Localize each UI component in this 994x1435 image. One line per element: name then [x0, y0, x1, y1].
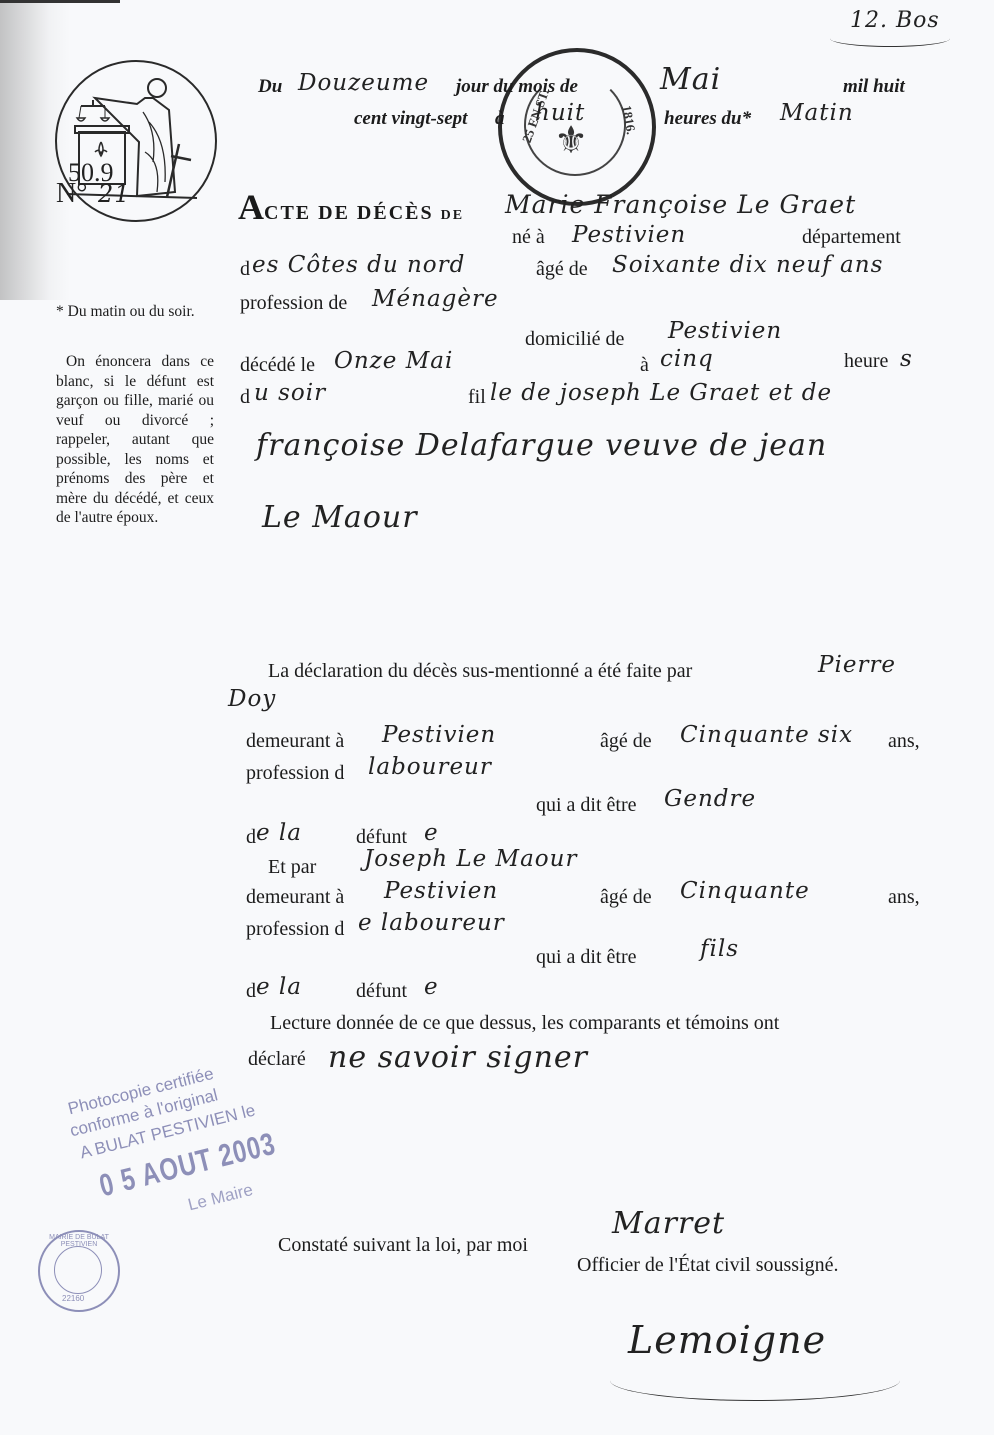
witness1-profession: laboureur	[368, 754, 492, 780]
witness2-age-label: âgé de	[600, 886, 652, 909]
witness1-residence-label: demeurant à	[246, 730, 344, 753]
witness1-age-label: âgé de	[600, 730, 652, 753]
department-label: département	[802, 226, 901, 249]
died-label: décédé le	[240, 354, 315, 377]
filiation-label: fil	[468, 386, 486, 409]
declaration-intro: La déclaration du décès sus-mentionné a …	[268, 660, 692, 683]
witness1-name-a: Pierre	[818, 652, 896, 678]
header-period: Matin	[780, 100, 854, 126]
hour-suffix: s	[900, 346, 913, 372]
declared-label: déclaré	[248, 1048, 306, 1071]
header-du: Du	[258, 76, 282, 98]
margin-instructions: On énoncera dans ce blanc, si le défunt …	[56, 352, 214, 528]
du-value: u soir	[254, 380, 326, 406]
born-label: né à	[512, 226, 545, 249]
age-value: Soixante dix neuf ans	[612, 252, 883, 278]
witness2-intro: Et par	[268, 856, 316, 879]
profession-value: Ménagère	[372, 286, 499, 312]
witness2-relation: fils	[700, 936, 739, 962]
officer-name: Marret	[612, 1206, 725, 1241]
born-place: Pestivien	[572, 222, 686, 248]
constate-label: Constaté suivant la loi, par moi	[278, 1234, 528, 1257]
header-year-b: cent vingt-sept	[354, 108, 467, 130]
department-prefix: d	[240, 258, 250, 281]
header-day: Douzeume	[298, 70, 429, 96]
witness1-age: Cinquante six	[680, 722, 853, 748]
witness1-of-hand: e la	[256, 820, 302, 846]
domicile-value: Pestivien	[668, 318, 782, 344]
witness1-profession-label: profession d	[246, 762, 344, 785]
witness1-relation: Gendre	[664, 786, 756, 812]
cert-signatory: Le Maire	[186, 1180, 255, 1215]
header-month: Mai	[660, 62, 721, 97]
document-title: ACTE DE DÉCÈS de	[238, 186, 464, 228]
mayor-signature: Lemoigne	[628, 1318, 826, 1362]
witness1-age-suffix: ans,	[888, 730, 920, 753]
filiation-line-2: françoise Delafargue veuve de jean	[256, 428, 827, 463]
deceased-name: Marie Françoise Le Graet	[505, 190, 856, 219]
profession-label: profession de	[240, 292, 347, 315]
mairie-seal-code: 22160	[62, 1294, 84, 1303]
header-hour-label: heures du*	[664, 108, 751, 130]
margin-footnote: * Du matin ou du soir.	[56, 302, 214, 322]
witness1-residence: Pestivien	[382, 722, 496, 748]
age-label: âgé de	[536, 258, 588, 281]
witness1-of-label: d	[246, 826, 256, 849]
act-number: 21	[98, 180, 131, 208]
reading-line: Lecture donnée de ce que dessus, les com…	[270, 1012, 779, 1035]
filiation-line-1: le de joseph Le Graet et de	[490, 380, 832, 406]
witness2-age: Cinquante	[680, 878, 810, 904]
witness2-residence-label: demeurant à	[246, 886, 344, 909]
header-a: à	[495, 108, 505, 130]
mairie-seal: MAIRIE DE BULAT PESTIVIEN 22160	[38, 1230, 120, 1312]
title-initial: A	[238, 187, 264, 227]
witness1-relation-label: qui a dit être	[536, 794, 637, 817]
header-hour: huit	[535, 100, 585, 126]
witness2-name: Joseph Le Maour	[364, 846, 577, 872]
mairie-seal-text: MAIRIE DE BULAT PESTIVIEN	[48, 1234, 110, 1248]
witness1-defunct-suffix: e	[424, 820, 439, 846]
died-at-label: à	[640, 354, 649, 377]
declared-value: ne savoir signer	[328, 1040, 588, 1075]
witness2-residence: Pestivien	[384, 878, 498, 904]
witness2-profession-label: profession d	[246, 918, 344, 941]
folio-flourish	[830, 30, 950, 47]
died-date: Onze Mai	[334, 348, 453, 374]
scan-top-edge	[0, 0, 120, 3]
header-month-label: jour du mois de	[456, 76, 578, 98]
witness2-of-label: d	[246, 980, 256, 1003]
witness2-age-suffix: ans,	[888, 886, 920, 909]
officer-title: Officier de l'État civil soussigné.	[577, 1254, 839, 1277]
witness2-defunct-suffix: e	[424, 974, 439, 1000]
number-prefix: N°	[56, 178, 87, 210]
title-rest: CTE DE DÉCÈS de	[264, 202, 464, 224]
witness1-name-b: Doy	[228, 686, 276, 712]
domicile-label: domicilié de	[525, 328, 624, 351]
witness2-defunct-label: défunt	[356, 980, 407, 1003]
header-year-a: mil huit	[843, 76, 905, 98]
died-hour: cinq	[660, 346, 714, 372]
witness2-relation-label: qui a dit être	[536, 946, 637, 969]
department-value: es Côtes du nord	[252, 252, 465, 278]
mairie-seal-inner	[54, 1246, 102, 1294]
royal-tax-stamp: 25 EN ST. 1816. ⚜	[498, 48, 656, 206]
witness2-profession: e laboureur	[358, 910, 505, 936]
du-label: d	[240, 386, 250, 409]
filiation-line-3: Le Maour	[262, 500, 418, 535]
signature-flourish	[610, 1360, 900, 1401]
hour-label: heure	[844, 350, 888, 373]
witness2-of-hand: e la	[256, 974, 302, 1000]
